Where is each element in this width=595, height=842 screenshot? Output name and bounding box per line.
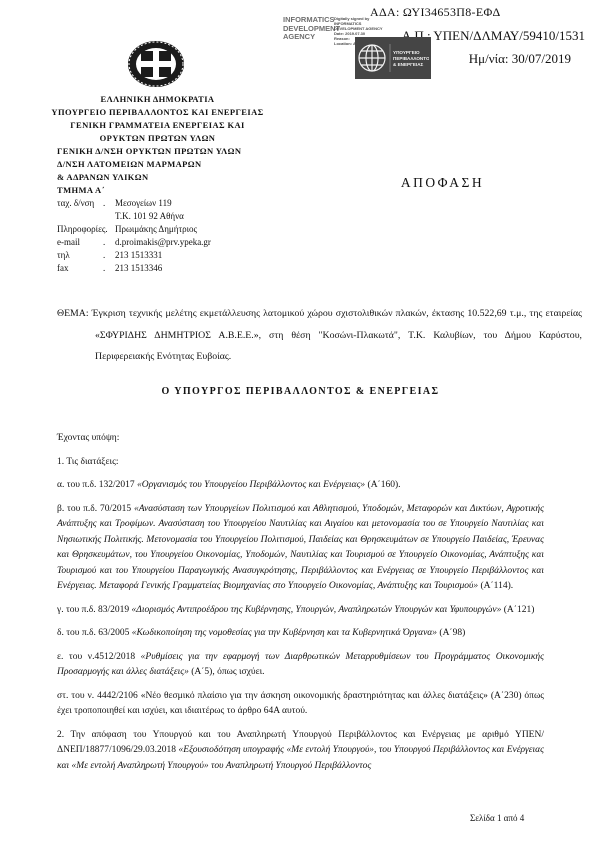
paragraph-text: ε. του ν.4512/2018 [57, 652, 141, 662]
decision-title: ΑΠΟΦΑΣΗ [370, 175, 515, 191]
ada-number: ΑΔΑ: ΩΥΙ34653Π8-ΕΦΔ [370, 5, 501, 20]
contact-separator: . [103, 250, 105, 260]
ministry-logo-text-line: & ΕΝΕΡΓΕΙΑΣ [393, 62, 424, 67]
subject-label: ΘΕΜΑ: [57, 308, 89, 319]
body-paragraph: β. του π.δ. 70/2015 «Ανασύσταση των Υπου… [57, 502, 544, 595]
paragraph-text: (Α΄5), όπως ισχύει. [189, 667, 265, 677]
decision-body: Έχοντας υπόψη:1. Τις διατάξεις:α. του π.… [57, 431, 544, 782]
contact-label: e-mail [57, 237, 80, 247]
letterhead-line: ΓΕΝΙΚΗ ΓΡΑΜΜΑΤΕΙΑ ΕΝΕΡΓΕΙΑΣ ΚΑΙ [40, 119, 275, 132]
contact-row: Τ.Κ. 101 92 Αθήνα [57, 211, 307, 224]
contact-label: τηλ [57, 250, 70, 260]
letterhead-line: & ΑΔΡΑΝΩΝ ΥΛΙΚΩΝ [57, 171, 241, 184]
paragraph-text: Έχοντας υπόψη: [57, 433, 119, 443]
greek-coat-of-arms-icon [127, 40, 185, 88]
ministry-logo-globe-icon [355, 40, 389, 76]
law-title-italic: «Διορισμός Αντιπροέδρου της Κυβέρνησης, … [132, 605, 502, 615]
paragraph-text: γ. του π.δ. 83/2019 [57, 605, 132, 615]
paragraph-text: (Α΄160). [365, 480, 400, 490]
paragraph-text: δ. του π.δ. 63/2005 [57, 628, 132, 638]
body-paragraph: γ. του π.δ. 83/2019 «Διορισμός Αντιπροέδ… [57, 603, 544, 619]
contact-separator: . [103, 263, 105, 273]
contact-label: ταχ. δ/νση [57, 198, 94, 208]
contact-value: 213 1513331 [115, 250, 162, 260]
letterhead-line: ΟΡΥΚΤΩΝ ΠΡΩΤΩΝ ΥΛΩΝ [40, 132, 275, 145]
contact-label: fax [57, 263, 69, 273]
body-paragraph: δ. του π.δ. 63/2005 «Κωδικοποίηση της νο… [57, 626, 544, 642]
body-paragraph: στ. του ν. 4442/2106 «Νέο θεσμικό πλαίσι… [57, 689, 544, 720]
paragraph-text: (Α΄121) [501, 605, 534, 615]
paragraph-text: 1. Τις διατάξεις: [57, 457, 118, 467]
paragraph-text: β. του π.δ. 70/2015 [57, 504, 134, 514]
law-title-italic: «Κωδικοποίηση της νομοθεσίας για την Κυβ… [132, 628, 437, 638]
letterhead-line: Δ/ΝΣΗ ΛΑΤΟΜΕΙΩΝ ΜΑΡΜΑΡΩΝ [57, 158, 241, 171]
paragraph-text: στ. του ν. 4442/2106 «Νέο θεσμικό πλαίσι… [57, 691, 544, 717]
contact-value: d.proimakis@prv.ypeka.gr [115, 237, 211, 247]
contact-row: ταχ. δ/νση.Μεσογείων 119 [57, 198, 307, 211]
contact-separator: . [103, 198, 105, 208]
contact-value: Τ.Κ. 101 92 Αθήνα [115, 211, 184, 221]
paragraph-text: α. του π.δ. 132/2017 [57, 480, 137, 490]
ministry-logo-text-line: ΠΕΡΙΒΑΛΛΟΝΤΟΣ [393, 56, 429, 61]
letterhead-line: ΕΛΛΗΝΙΚΗ ΔΗΜΟΚΡΑΤΙΑ [40, 93, 275, 106]
contact-row: τηλ.213 1513331 [57, 250, 307, 263]
law-title-italic: «Οργανισμός του Υπουργείου Περιβάλλοντος… [137, 480, 365, 490]
page-number: Σελίδα 1 από 4 [470, 813, 524, 823]
contact-value: Μεσογείων 119 [115, 198, 172, 208]
contact-separator: . [103, 237, 105, 247]
body-paragraph: α. του π.δ. 132/2017 «Οργανισμός του Υπο… [57, 478, 544, 494]
subject-text: Έγκριση τεχνικής μελέτης εκμετάλλευσης λ… [92, 308, 582, 362]
letterhead-line: ΓΕΝΙΚΗ Δ/ΝΣΗ ΟΡΥΚΤΩΝ ΠΡΩΤΩΝ ΥΛΩΝ [57, 145, 241, 158]
paragraph-text: (Α΄114). [478, 581, 513, 591]
letterhead-line: ΥΠΟΥΡΓΕΙΟ ΠΕΡΙΒΑΛΛΟΝΤΟΣ ΚΑΙ ΕΝΕΡΓΕΙΑΣ [40, 106, 275, 119]
ministry-logo: ΥΠΟΥΡΓΕΙΟ ΠΕΡΙΒΑΛΛΟΝΤΟΣ & ΕΝΕΡΓΕΙΑΣ [355, 37, 431, 79]
contact-row: e-mail.d.proimakis@prv.ypeka.gr [57, 237, 307, 250]
paragraph-text: (Α΄98) [437, 628, 465, 638]
minister-heading: Ο ΥΠΟΥΡΓΟΣ ΠΕΡΙΒΑΛΛΟΝΤΟΣ & ΕΝΕΡΓΕΙΑΣ [57, 386, 544, 397]
document-date: Ημ/νία: 30/07/2019 [469, 51, 571, 67]
body-paragraph: Έχοντας υπόψη: [57, 431, 544, 447]
contact-row: Πληροφορίες.Πρωιμάκης Δημήτριος [57, 224, 307, 237]
body-paragraph: 1. Τις διατάξεις: [57, 455, 544, 471]
law-title-italic: «Ανασύσταση των Υπουργείων Πολιτισμού κα… [57, 504, 544, 592]
letterhead-directorate: ΓΕΝΙΚΗ Δ/ΝΣΗ ΟΡΥΚΤΩΝ ΠΡΩΤΩΝ ΥΛΩΝΔ/ΝΣΗ ΛΑ… [57, 145, 241, 197]
document-page: ΑΔΑ: ΩΥΙ34653Π8-ΕΦΔ INFORMATICS DEVELOPM… [0, 0, 595, 842]
body-paragraph: 2. Την απόφαση του Υπουργού και του Αναπ… [57, 728, 544, 775]
contact-label: Πληροφορίες. [57, 224, 108, 234]
letterhead-line: ΤΜΗΜΑ Α΄ [57, 184, 241, 197]
letterhead-centered: ΕΛΛΗΝΙΚΗ ΔΗΜΟΚΡΑΤΙΑΥΠΟΥΡΓΕΙΟ ΠΕΡΙΒΑΛΛΟΝΤ… [40, 93, 275, 145]
digital-signature-stamp: INFORMATICS DEVELOPMENT AGENCY [283, 16, 341, 42]
contact-row: fax.213 1513346 [57, 263, 307, 276]
contact-value: 213 1513346 [115, 263, 162, 273]
contact-block: ταχ. δ/νση.Μεσογείων 119Τ.Κ. 101 92 Αθήν… [57, 198, 307, 276]
ministry-logo-text-line: ΥΠΟΥΡΓΕΙΟ [393, 50, 420, 55]
body-paragraph: ε. του ν.4512/2018 «Ρυθμίσεις για την εφ… [57, 650, 544, 681]
ministry-logo-text: ΥΠΟΥΡΓΕΙΟ ΠΕΡΙΒΑΛΛΟΝΤΟΣ & ΕΝΕΡΓΕΙΑΣ [389, 40, 429, 76]
subject-block: ΘΕΜΑ: Έγκριση τεχνικής μελέτης εκμετάλλε… [57, 303, 582, 368]
contact-value: Πρωιμάκης Δημήτριος [115, 224, 197, 234]
